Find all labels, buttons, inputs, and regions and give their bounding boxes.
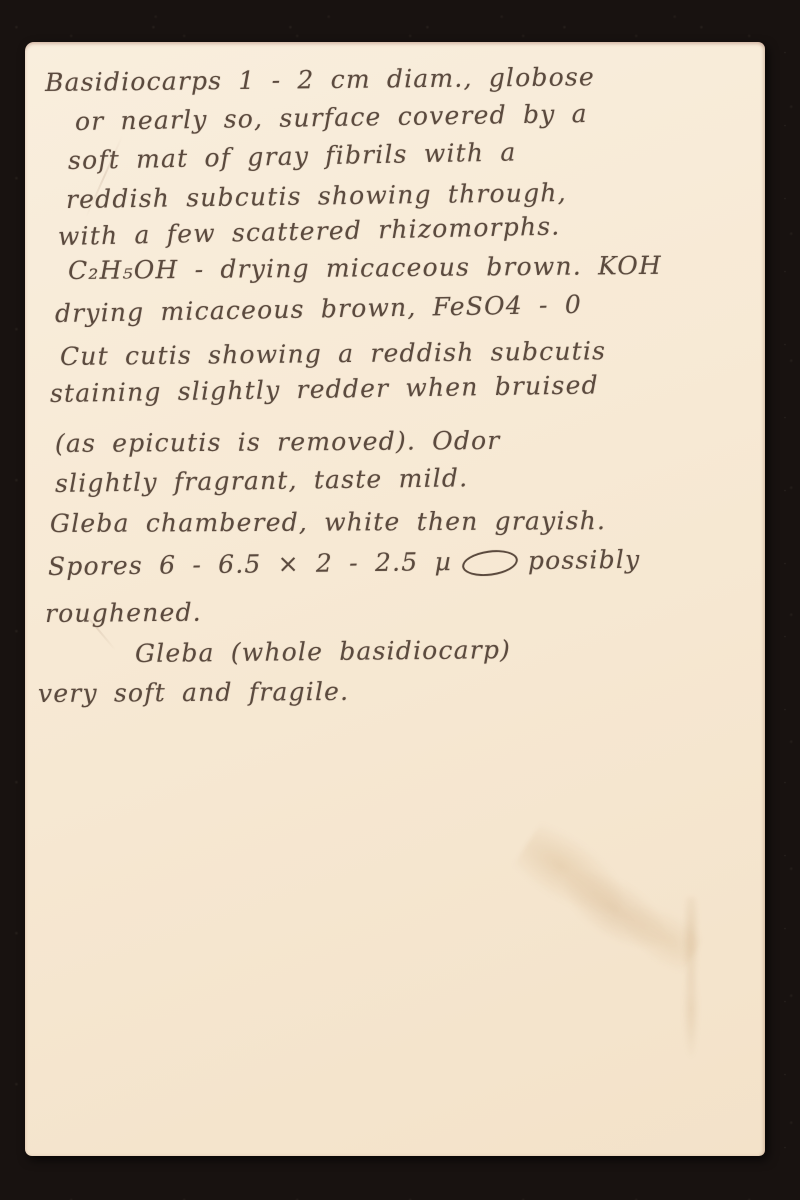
handwritten-line: Basidiocarps 1 - 2 cm diam., globose <box>45 62 595 97</box>
handwritten-line: Cut cutis showing a reddish subcutis <box>60 336 606 371</box>
handwritten-line: with a few scattered rhizomorphs. <box>58 211 561 251</box>
handwritten-line: soft mat of gray fibrils with a <box>68 137 517 175</box>
stain-mark-diagonal <box>506 818 712 986</box>
spore-shape-ellipse-icon <box>461 547 520 579</box>
handwritten-line: roughened. <box>45 598 202 628</box>
handwritten-line: Gleba (whole basidiocarp) <box>135 635 511 668</box>
handwritten-line: slightly fragrant, taste mild. <box>55 463 469 498</box>
handwritten-line: (as epicutis is removed). Odor <box>55 426 501 458</box>
handwritten-line: Gleba chambered, white then grayish. <box>50 506 606 538</box>
spores-note-text: possibly <box>528 545 641 575</box>
handwritten-line: very soft and fragile. <box>38 677 349 708</box>
spores-measurement-text: Spores 6 - 6.5 × 2 - 2.5 µ <box>48 547 452 581</box>
handwritten-line: staining slightly redder when bruised <box>50 370 599 408</box>
handwritten-line: reddish subcutis showing through, <box>66 178 567 214</box>
handwritten-line: or nearly so, surface covered by a <box>75 99 588 136</box>
handwritten-line: drying micaceous brown, FeSO4 - 0 <box>55 290 582 328</box>
scanned-photo-background: { "colors": { "background": "#181210", "… <box>0 0 800 1200</box>
handwritten-note-card: Basidiocarps 1 - 2 cm diam., globose or … <box>25 42 765 1156</box>
handwritten-line-spores: Spores 6 - 6.5 × 2 - 2.5 µpossibly <box>48 545 641 581</box>
stain-mark-vertical <box>682 897 700 1057</box>
handwritten-line: C₂H₅OH - drying micaceous brown. KOH <box>68 251 662 285</box>
